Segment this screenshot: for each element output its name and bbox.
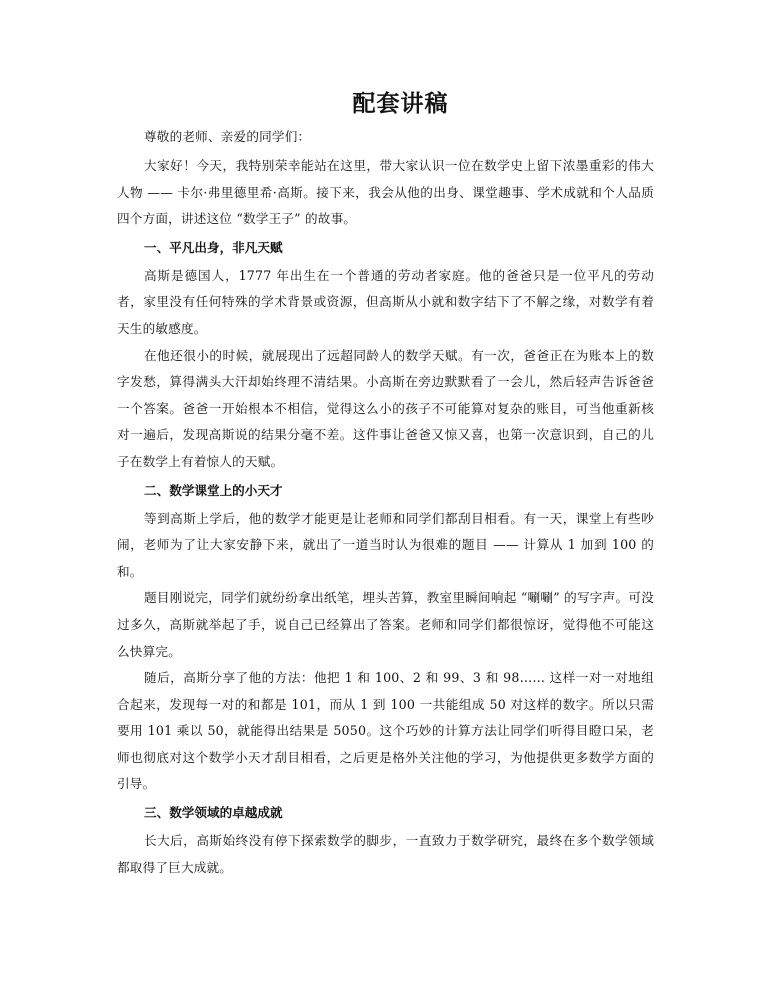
body-paragraph: 长大后，高斯始终没有停下探索数学的脚步，一直致力于数学研究，最终在多个数学领域都… bbox=[117, 828, 654, 881]
section-2: 二、数学课堂上的小天才 等到高斯上学后，他的数学才能更是让老师和同学们都刮目相看… bbox=[117, 478, 654, 799]
body-paragraph: 高斯是德国人，1777 年出生在一个普通的劳动者家庭。他的爸爸只是一位平凡的劳动… bbox=[117, 263, 654, 343]
body-paragraph: 随后，高斯分享了他的方法：他把 1 和 100、2 和 99、3 和 98…… … bbox=[117, 665, 654, 798]
section-3: 三、数学领域的卓越成就 长大后，高斯始终没有停下探索数学的脚步，一直致力于数学研… bbox=[117, 800, 654, 881]
section-heading: 二、数学课堂上的小天才 bbox=[117, 478, 654, 504]
intro-paragraph: 大家好！今天，我特别荣幸能站在这里，带大家认识一位在数学史上留下浓墨重彩的伟大人… bbox=[117, 153, 654, 233]
section-heading: 三、数学领域的卓越成就 bbox=[117, 800, 654, 826]
document-title: 配套讲稿 bbox=[117, 88, 654, 120]
document-page: 配套讲稿 尊敬的老师、亲爱的同学们： 大家好！今天，我特别荣幸能站在这里，带大家… bbox=[117, 88, 654, 881]
body-paragraph: 题目刚说完，同学们就纷纷拿出纸笔，埋头苦算，教室里瞬间响起 “唰唰” 的写字声。… bbox=[117, 585, 654, 665]
body-paragraph: 等到高斯上学后，他的数学才能更是让老师和同学们都刮目相看。有一天，课堂上有些吵闹… bbox=[117, 506, 654, 586]
section-1: 一、平凡出身，非凡天赋 高斯是德国人，1777 年出生在一个普通的劳动者家庭。他… bbox=[117, 235, 654, 476]
body-paragraph: 在他还很小的时候，就展现出了远超同龄人的数学天赋。有一次，爸爸正在为账本上的数字… bbox=[117, 343, 654, 476]
section-heading: 一、平凡出身，非凡天赋 bbox=[117, 235, 654, 261]
greeting: 尊敬的老师、亲爱的同学们： bbox=[117, 124, 654, 150]
